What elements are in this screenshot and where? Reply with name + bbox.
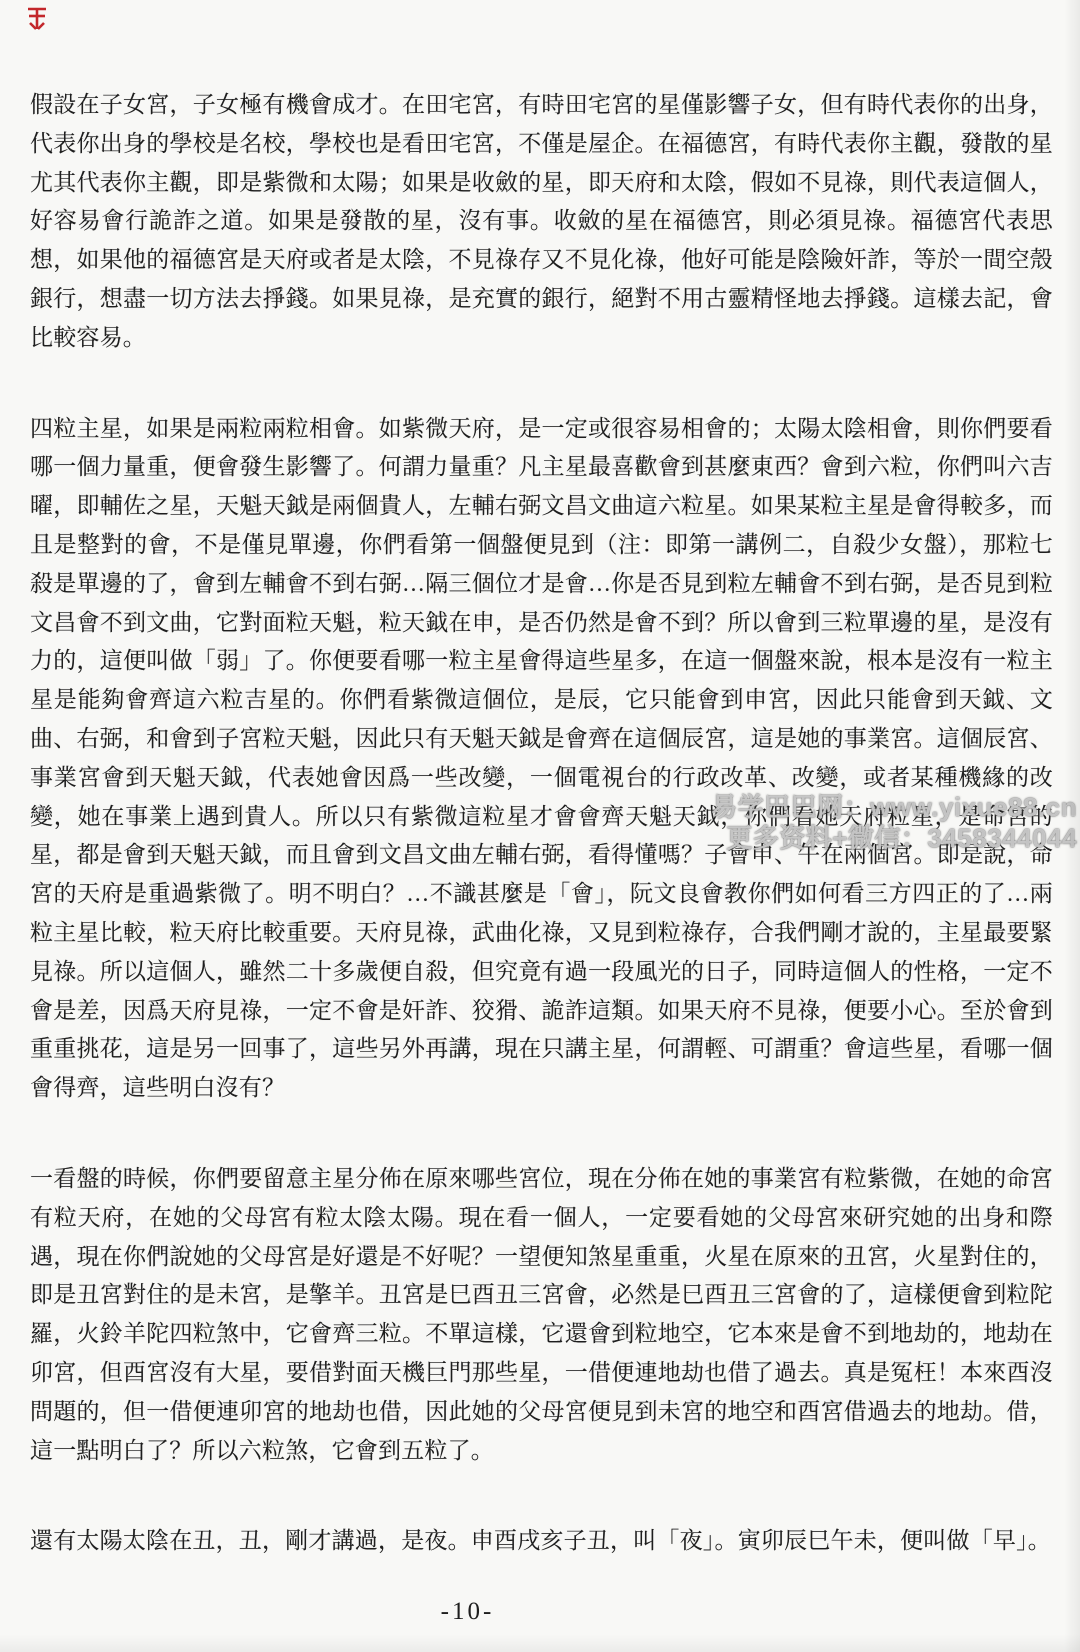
scan-edge-shadow-bottom	[0, 1634, 1080, 1652]
page-number: -10-	[0, 1598, 935, 1626]
paragraph-4: 還有太陽太陰在丑，丑，剛才講過，是夜。申酉戌亥子丑，叫「夜」。寅卯辰巳午未，便叫…	[30, 1522, 1053, 1561]
red-stamp-icon	[25, 6, 49, 32]
watermark-line-1: 易学巴巴网：www.yixue88.cn	[711, 792, 1077, 823]
watermark: 易学巴巴网：www.yixue88.cn 更多资料+微信：3458344044	[711, 792, 1077, 854]
paragraph-1: 假設在子女宮，子女極有機會成才。在田宅宮，有時田宅宮的星僅影響子女，但有時代表你…	[30, 86, 1053, 358]
paragraph-3: 一看盤的時候，你們要留意主星分佈在原來哪些宮位，現在分佈在她的事業宮有粒紫微，在…	[30, 1160, 1053, 1470]
watermark-line-2: 更多资料+微信：3458344044	[711, 823, 1077, 854]
scanned-document-page: 假設在子女宮，子女極有機會成才。在田宅宮，有時田宅宮的星僅影響子女，但有時代表你…	[0, 0, 1080, 1652]
paragraph-2: 四粒主星，如果是兩粒兩粒相會。如紫微天府，是一定或很容易相會的；太陽太陰相會，則…	[30, 410, 1053, 1108]
